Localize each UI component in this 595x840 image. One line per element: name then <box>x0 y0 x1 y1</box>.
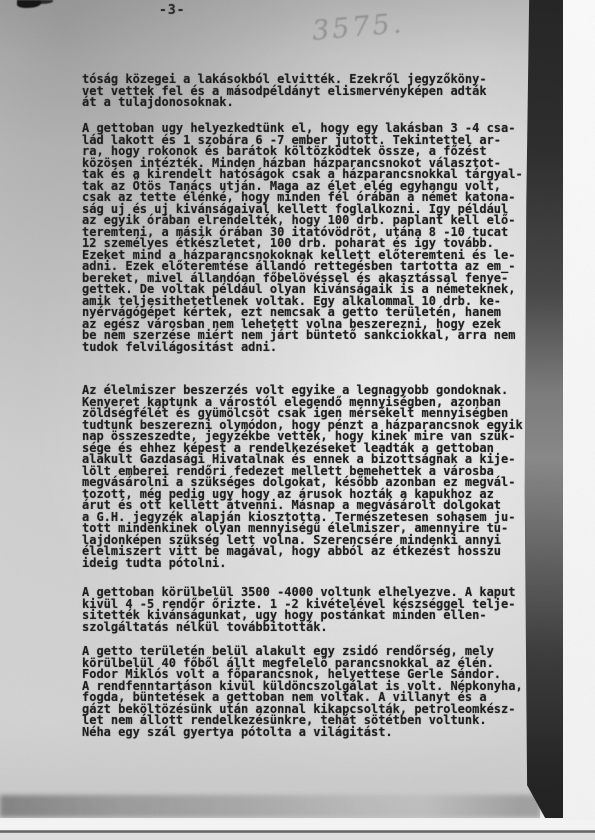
paper-background: -3- 3575. tóság közegei a lakásokból elv… <box>0 0 540 818</box>
scan-edge-dark-band <box>523 0 564 818</box>
scan-edge-white-strip <box>563 0 595 820</box>
document-text: tóság közegei a lakásokból elvitték. Eze… <box>82 74 537 774</box>
paragraph-3: Az élelmiszer beszerzés volt egyike a le… <box>82 385 523 569</box>
scanned-document-page: -3- 3575. tóság közegei a lakásokból elv… <box>0 0 595 840</box>
handwritten-mark: 3575. <box>311 8 406 47</box>
paragraph-5: A getto területén belül alakult egy zsid… <box>82 646 523 738</box>
paragraph-1: tóság közegei a lakásokból elvitték. Eze… <box>82 74 487 109</box>
scan-bottom-margin <box>0 818 595 840</box>
page-number: -3- <box>159 3 185 18</box>
paragraph-2: A gettoban ugy helyezkedtünk el, hogy eg… <box>82 123 523 353</box>
paragraph-4: A gettoban körülbelül 3500 -4000 voltunk… <box>82 587 515 633</box>
ink-smudge <box>17 0 41 8</box>
scan-smudge-bottom <box>0 795 540 817</box>
scan-bottom-under-strip <box>0 833 595 840</box>
